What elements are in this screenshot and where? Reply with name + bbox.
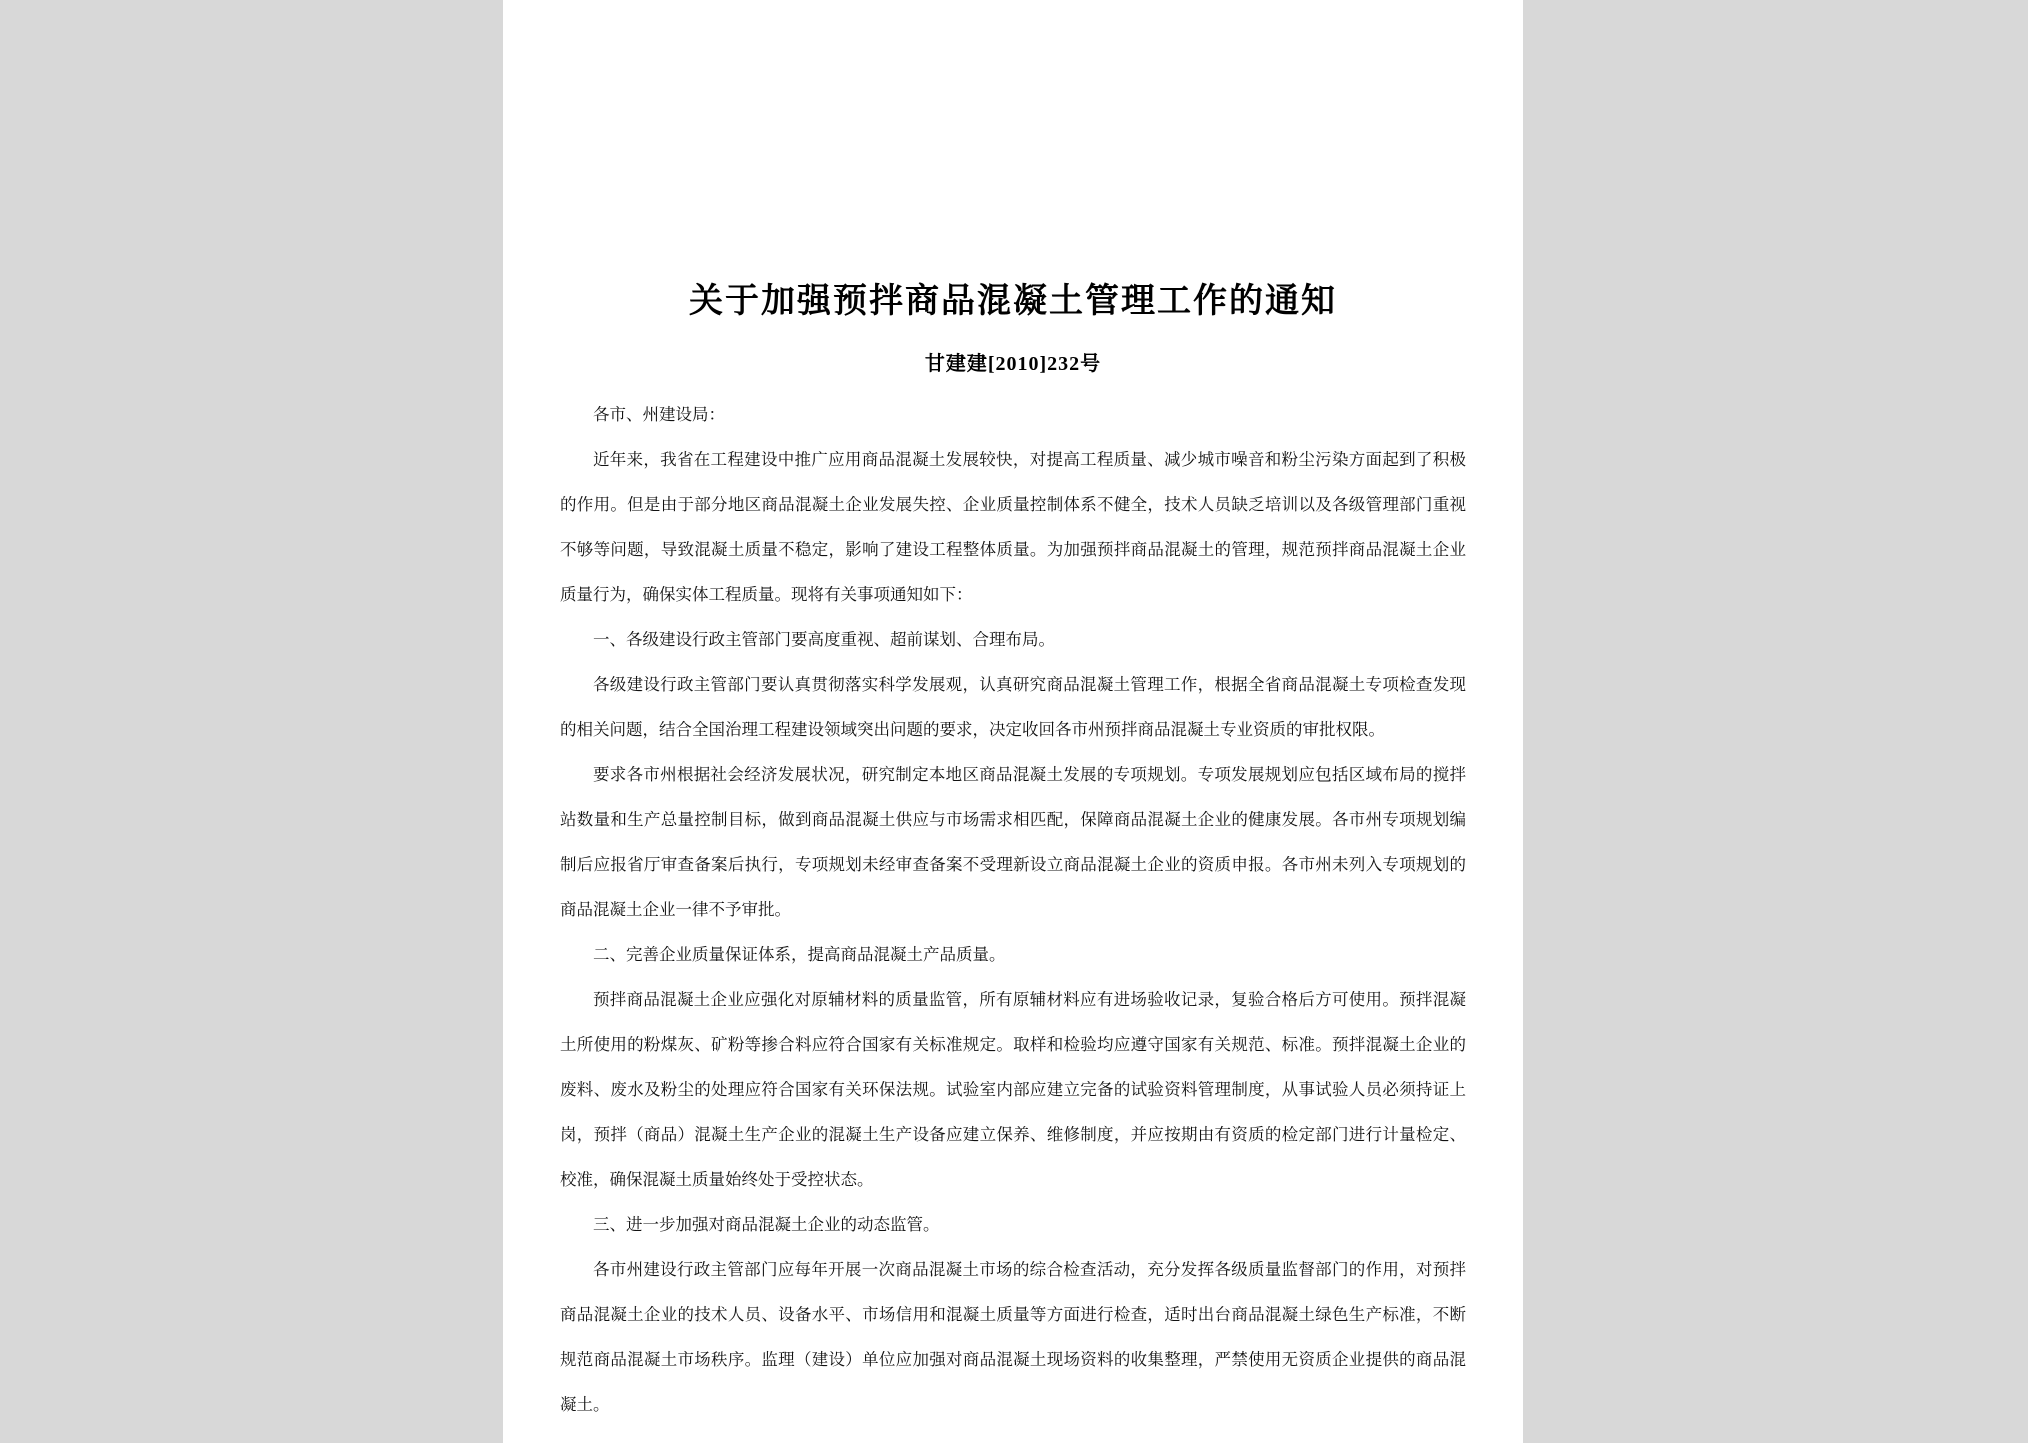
section-heading: 三、进一步加强对商品混凝土企业的动态监管。 xyxy=(560,1202,1466,1247)
body-paragraph: 近年来，我省在工程建设中推广应用商品混凝土发展较快，对提高工程质量、减少城市噪音… xyxy=(560,437,1466,617)
body-paragraph: 要求各市州根据社会经济发展状况，研究制定本地区商品混凝土发展的专项规划。专项发展… xyxy=(560,752,1466,932)
document-title: 关于加强预拌商品混凝土管理工作的通知 xyxy=(503,280,1523,324)
screenshot-canvas: 关于加强预拌商品混凝土管理工作的通知 甘建建[2010]232号 各市、州建设局… xyxy=(0,0,2028,1443)
document-page: 关于加强预拌商品混凝土管理工作的通知 甘建建[2010]232号 各市、州建设局… xyxy=(503,0,1523,1443)
document-number: 甘建建[2010]232号 xyxy=(503,350,1523,378)
section-heading: 一、各级建设行政主管部门要高度重视、超前谋划、合理布局。 xyxy=(560,617,1466,662)
salutation: 各市、州建设局： xyxy=(560,392,1466,437)
body-paragraph: 预拌商品混凝土企业应强化对原辅材料的质量监管，所有原辅材料应有进场验收记录，复验… xyxy=(560,977,1466,1202)
paragraph-list: 近年来，我省在工程建设中推广应用商品混凝土发展较快，对提高工程质量、减少城市噪音… xyxy=(560,437,1466,1427)
document-body: 各市、州建设局： 近年来，我省在工程建设中推广应用商品混凝土发展较快，对提高工程… xyxy=(560,392,1466,1427)
section-heading: 二、完善企业质量保证体系，提高商品混凝土产品质量。 xyxy=(560,932,1466,977)
body-paragraph: 各市州建设行政主管部门应每年开展一次商品混凝土市场的综合检查活动，充分发挥各级质… xyxy=(560,1247,1466,1427)
body-paragraph: 各级建设行政主管部门要认真贯彻落实科学发展观，认真研究商品混凝土管理工作，根据全… xyxy=(560,662,1466,752)
